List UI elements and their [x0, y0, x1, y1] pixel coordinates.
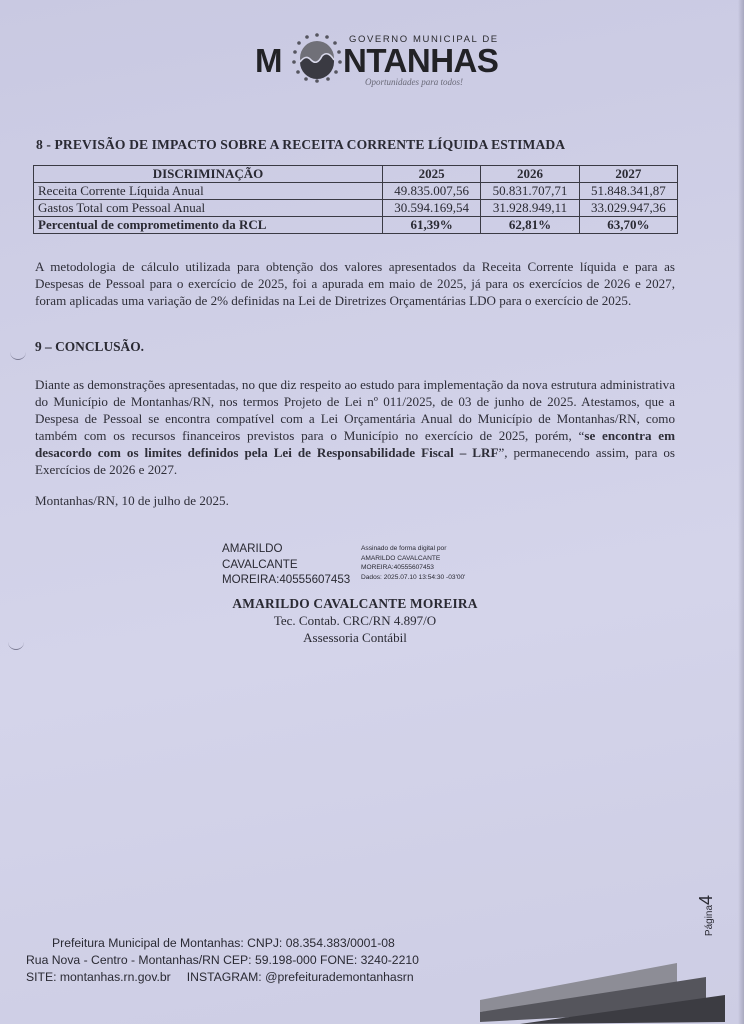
footer-decorative-stripes — [480, 950, 744, 1024]
rcl-impact-table: DISCRIMINAÇÃO 2025 2026 2027 Receita Cor… — [33, 165, 678, 234]
page-number-value: 4 — [696, 895, 716, 905]
cell-value: 50.831.707,71 — [481, 183, 579, 200]
row-label: Percentual de comprometimento da RCL — [34, 217, 383, 234]
logo-name-text: NTANHAS — [343, 42, 498, 80]
footer-instagram: INSTAGRAM: @prefeiturademontanhasrn — [187, 970, 414, 984]
stamp-line: AMARILDO — [222, 541, 350, 557]
table-row: Receita Corrente Líquida Anual 49.835.00… — [34, 183, 678, 200]
logo-letter-m: M — [255, 42, 282, 80]
column-header-2025: 2025 — [383, 166, 481, 183]
section-8-heading: 8 - PREVISÃO DE IMPACTO SOBRE A RECEITA … — [36, 137, 565, 153]
cell-value: 30.594.169,54 — [383, 200, 481, 217]
footer-contacts: SITE: montanhas.rn.gov.brINSTAGRAM: @pre… — [26, 969, 419, 986]
digital-signature-details: Assinado de forma digital por AMARILDO C… — [361, 544, 465, 582]
signature-detail-line: AMARILDO CAVALCANTE — [361, 554, 465, 564]
page-edge-shadow — [738, 0, 744, 1024]
column-header-2026: 2026 — [481, 166, 579, 183]
methodology-paragraph: A metodologia de cálculo utilizada para … — [35, 258, 675, 309]
cell-value: 51.848.341,87 — [579, 183, 677, 200]
cell-value: 61,39% — [383, 217, 481, 234]
cell-value: 31.928.949,11 — [481, 200, 579, 217]
row-label: Receita Corrente Líquida Anual — [34, 183, 383, 200]
signature-detail-line: MOREIRA:40555607453 — [361, 563, 465, 573]
document-date: Montanhas/RN, 10 de julho de 2025. — [35, 492, 675, 509]
signatory-role: Assessoria Contábil — [0, 630, 710, 646]
table-header-row: DISCRIMINAÇÃO 2025 2026 2027 — [34, 166, 678, 183]
signature-detail-line: Dados: 2025.07.10 13:54:30 -03'00' — [361, 573, 465, 583]
conclusion-paragraph: Diante as demonstrações apresentadas, no… — [35, 376, 675, 478]
table-row: Percentual de comprometimento da RCL 61,… — [34, 217, 678, 234]
cell-value: 63,70% — [579, 217, 677, 234]
signature-detail-line: Assinado de forma digital por — [361, 544, 465, 554]
footer-site: SITE: montanhas.rn.gov.br — [26, 970, 171, 984]
binder-hole-mark — [8, 642, 24, 650]
section-9-heading: 9 – CONCLUSÃO. — [35, 339, 144, 355]
table-row: Gastos Total com Pessoal Anual 30.594.16… — [34, 200, 678, 217]
cell-value: 62,81% — [481, 217, 579, 234]
signatory-name: AMARILDO CAVALCANTE MOREIRA — [0, 596, 710, 612]
municipality-logo: GOVERNO MUNICIPAL DE M NTANHAS Oportunid… — [253, 28, 493, 108]
footer-address: Rua Nova - Centro - Montanhas/RN CEP: 59… — [26, 952, 419, 969]
stamp-line: MOREIRA:40555607453 — [222, 572, 350, 588]
column-header-discriminacao: DISCRIMINAÇÃO — [34, 166, 383, 183]
binder-hole-mark — [10, 352, 26, 360]
page-label: Página — [704, 905, 715, 936]
stamp-line: CAVALCANTE — [222, 557, 350, 573]
cell-value: 49.835.007,56 — [383, 183, 481, 200]
column-header-2027: 2027 — [579, 166, 677, 183]
cell-value: 33.029.947,36 — [579, 200, 677, 217]
logo-slogan: Oportunidades para todos! — [365, 77, 463, 87]
row-label: Gastos Total com Pessoal Anual — [34, 200, 383, 217]
digital-signature-stamp: AMARILDO CAVALCANTE MOREIRA:40555607453 — [222, 541, 350, 588]
signatory-registration: Tec. Contab. CRC/RN 4.897/O — [0, 613, 710, 629]
sun-mountain-icon — [291, 32, 343, 84]
page-number: Página4 — [696, 895, 717, 936]
conclusion-text: Diante as demonstrações apresentadas, no… — [35, 377, 675, 443]
footer: Prefeitura Municipal de Montanhas: CNPJ:… — [26, 935, 419, 986]
footer-cnpj: Prefeitura Municipal de Montanhas: CNPJ:… — [26, 935, 419, 952]
